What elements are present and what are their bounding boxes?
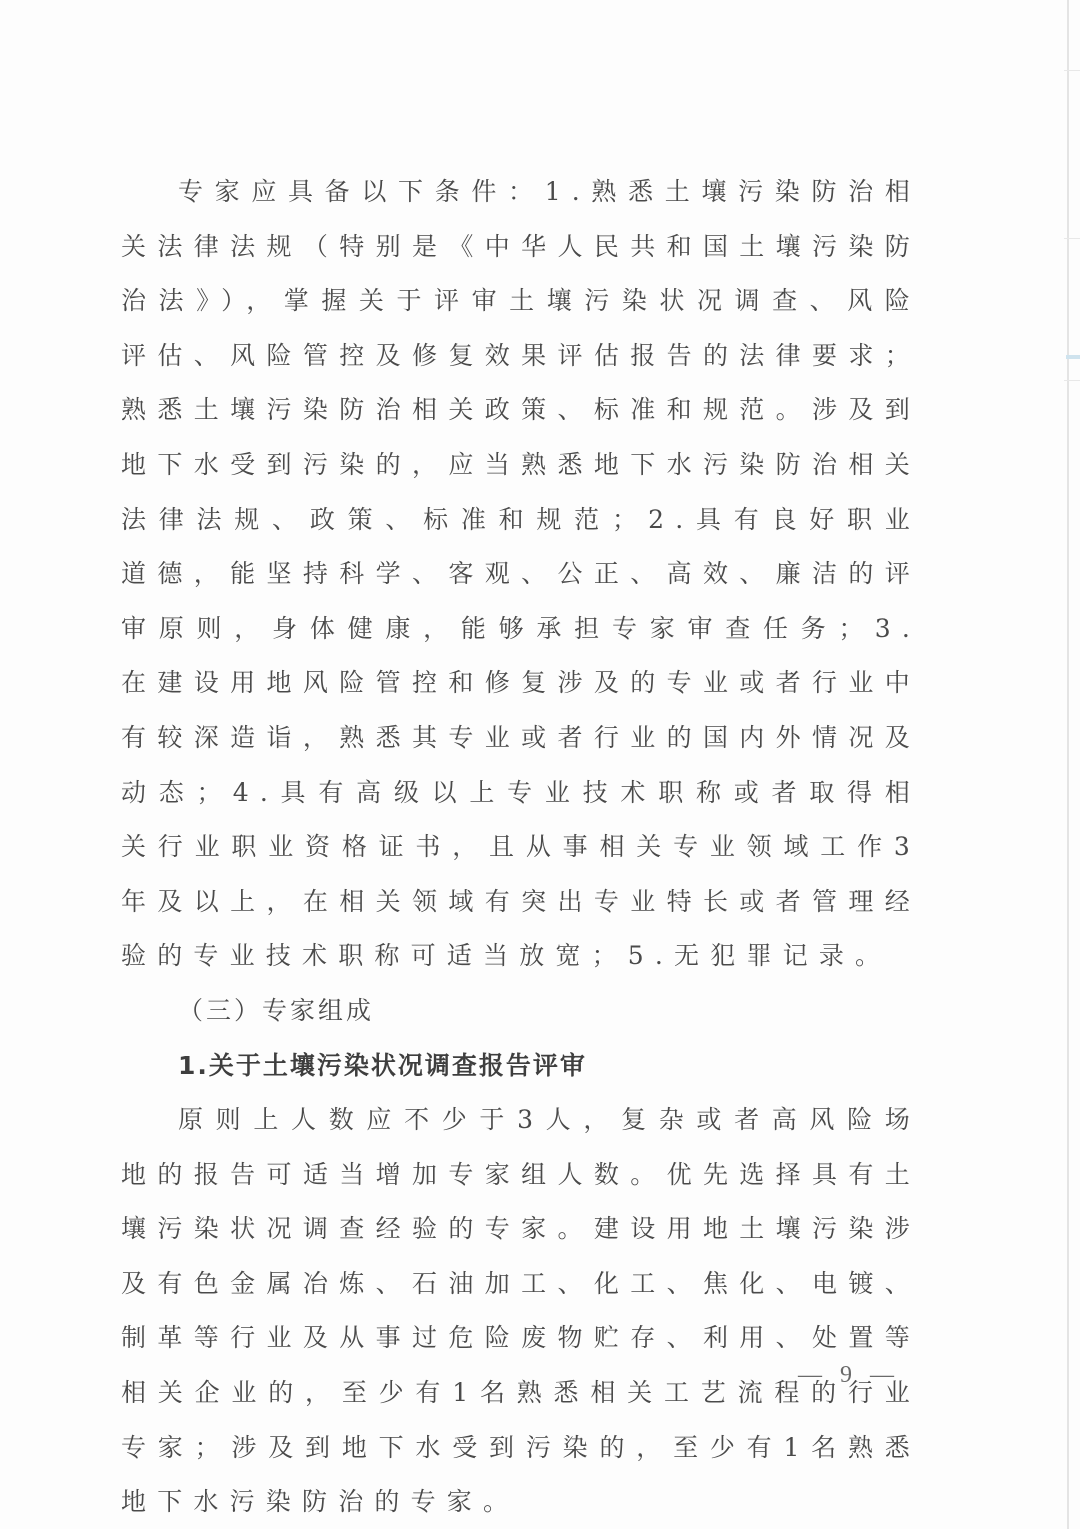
page-edge-mark (1066, 355, 1080, 359)
composition-paragraph: 原则上人数应不少于3人，复杂或者高风险场地的报告可适当增加专家组人数。优先选择具… (121, 1093, 921, 1529)
section-heading-expert-composition: （三）专家组成 (121, 984, 921, 1039)
subheading-soil-survey-review: 1.关于土壤污染状况调查报告评审 (121, 1039, 921, 1094)
page-number: — 9 — (798, 1362, 900, 1389)
page-edge-line (1067, 0, 1069, 1529)
qualifications-paragraph: 专家应具备以下条件：1.熟悉土壤污染防治相关法律法规（特别是《中华人民共和国土壤… (121, 165, 921, 984)
document-body: 专家应具备以下条件：1.熟悉土壤污染防治相关法律法规（特别是《中华人民共和国土壤… (121, 165, 921, 1529)
document-page: 专家应具备以下条件：1.熟悉土壤污染防治相关法律法规（特别是《中华人民共和国土壤… (0, 0, 1080, 1529)
page-edge-tick (1064, 238, 1080, 239)
page-edge-tick (1064, 70, 1080, 71)
page-edge-tick (1064, 380, 1080, 381)
